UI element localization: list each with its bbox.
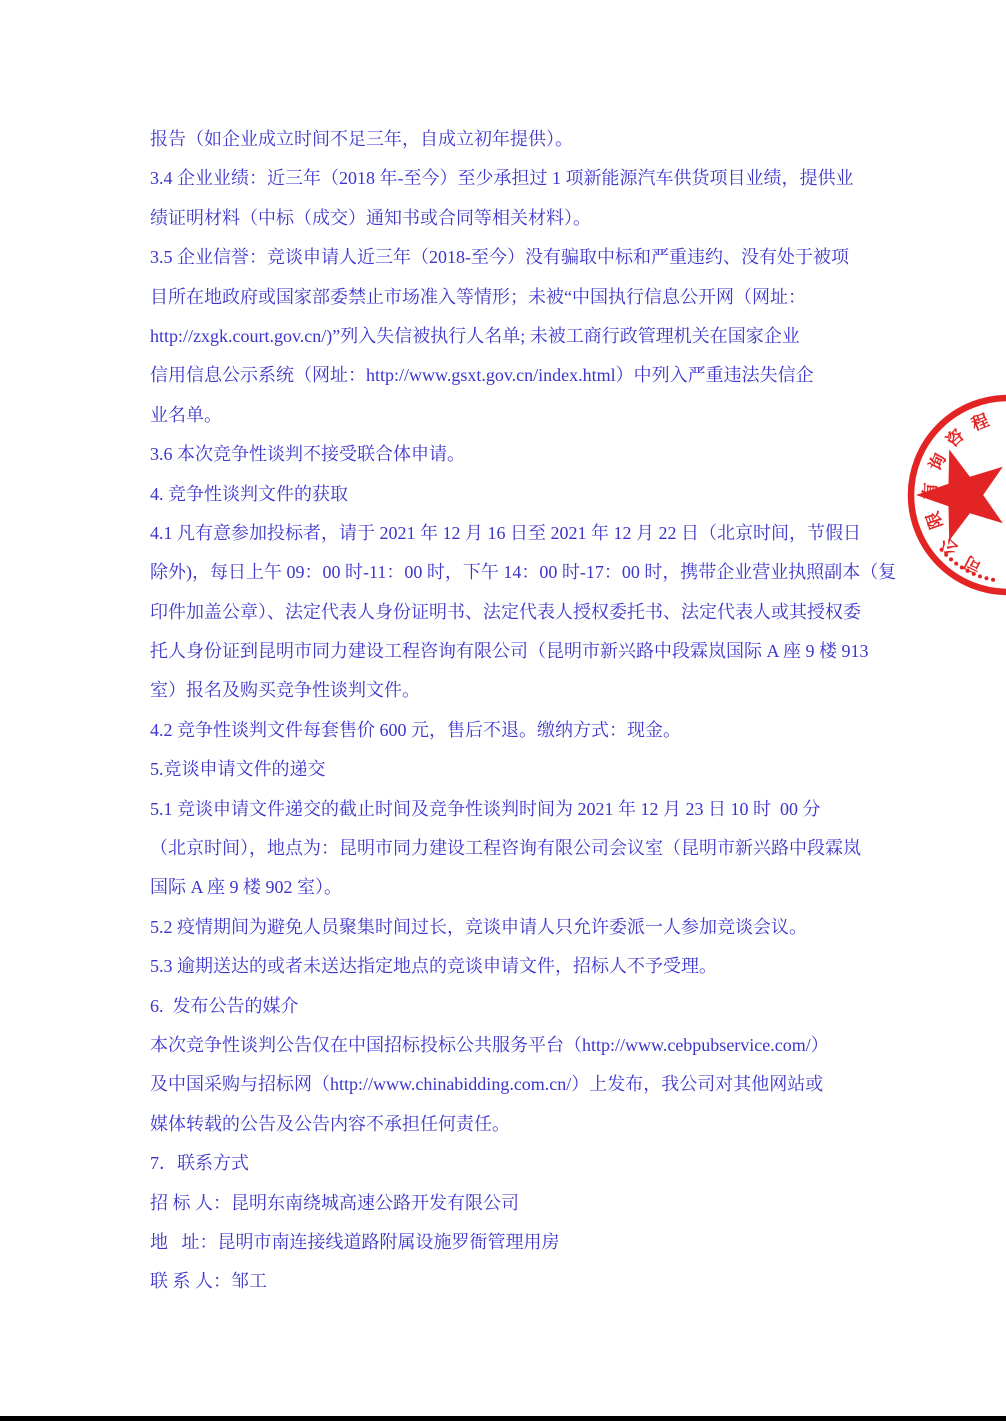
document-line: 4. 竞争性谈判文件的获取 bbox=[150, 475, 882, 514]
document-line: 绩证明材料（中标（成交）通知书或合同等相关材料）。 bbox=[150, 199, 882, 238]
seal-arc-character: 咨 bbox=[942, 425, 968, 451]
document-line: http://zxgk.court.gov.cn/)”列入失信被执行人名单; 未… bbox=[150, 317, 882, 356]
document-line: 招 标 人：昆明东南绕城高速公路开发有限公司 bbox=[150, 1184, 882, 1223]
seal-dot bbox=[954, 562, 958, 566]
document-line: 印件加盖公章）、法定代表人身份证明书、法定代表人授权委托书、法定代表人或其授权委 bbox=[150, 593, 882, 632]
seal-arc-character: 程 bbox=[968, 410, 991, 435]
document-line: 地 址：昆明市南连接线道路附属设施罗衙管理用房 bbox=[150, 1223, 882, 1262]
document-line: 5.竞谈申请文件的递交 bbox=[150, 750, 882, 789]
document-line: 国际 A 座 9 楼 902 室）。 bbox=[150, 868, 882, 907]
document-line: 6. 发布公告的媒介 bbox=[150, 987, 882, 1026]
document-line: 报告（如企业成立时间不足三年，自成立初年提供）。 bbox=[150, 120, 882, 159]
page-bottom-border bbox=[0, 1416, 1006, 1421]
document-line: 7．联系方式 bbox=[150, 1144, 882, 1183]
document-line: 4.1 凡有意参加投标者，请于 2021 年 12 月 16 日至 2021 年… bbox=[150, 514, 882, 553]
document-line: 本次竞争性谈判公告仅在中国招标投标公共服务平台（http://www.cebpu… bbox=[150, 1026, 882, 1065]
seal-dot bbox=[978, 574, 982, 578]
document-page: 报告（如企业成立时间不足三年，自成立初年提供）。3.4 企业业绩：近三年（201… bbox=[0, 0, 1006, 1421]
document-body: 报告（如企业成立时间不足三年，自成立初年提供）。3.4 企业业绩：近三年（201… bbox=[150, 120, 882, 1302]
seal-dot bbox=[972, 572, 976, 576]
seal-arc-character: 公 bbox=[937, 533, 962, 558]
seal-dot bbox=[966, 569, 970, 573]
seal-arc-character: 询 bbox=[925, 450, 950, 474]
document-line: 目所在地政府或国家部委禁止市场准入等情形；未被“中国执行信息公开网（网址： bbox=[150, 278, 882, 317]
scanned-document-screenshot: { "page": { "background": "#ffffff", "te… bbox=[0, 0, 1006, 1421]
seal-dot bbox=[940, 548, 944, 552]
seal-dot bbox=[949, 557, 953, 561]
document-line: 4.2 竞争性谈判文件每套售价 600 元，售后不退。缴纳方式：现金。 bbox=[150, 711, 882, 750]
document-line: 3.5 企业信誉：竞谈申请人近三年（2018-至今）没有骗取中标和严重违约、没有… bbox=[150, 238, 882, 277]
document-line: （北京时间），地点为：昆明市同力建设工程咨询有限公司会议室（昆明市新兴路中段霖岚 bbox=[150, 829, 882, 868]
document-line: 5.2 疫情期间为避免人员聚集时间过长，竞谈申请人只允许委派一人参加竞谈会议。 bbox=[150, 908, 882, 947]
seal-dot bbox=[984, 576, 988, 580]
seal-dot bbox=[991, 578, 995, 582]
document-line: 3.6 本次竞争性谈判不接受联合体申请。 bbox=[150, 435, 882, 474]
seal-dot bbox=[960, 566, 964, 570]
document-line: 媒体转载的公告及公告内容不承担任何责任。 bbox=[150, 1105, 882, 1144]
document-line: 除外)，每日上午 09：00 时-11：00 时，下午 14：00 时-17：0… bbox=[150, 553, 882, 592]
seal-dot bbox=[944, 553, 948, 557]
document-line: 5.3 逾期送达的或者未送达指定地点的竞谈申请文件，招标人不予受理。 bbox=[150, 947, 882, 986]
document-line: 室）报名及购买竞争性谈判文件。 bbox=[150, 671, 882, 710]
document-line: 3.4 企业业绩：近三年（2018 年-至今）至少承担过 1 项新能源汽车供货项… bbox=[150, 159, 882, 198]
company-seal-stamp: 程咨询有限公司 bbox=[902, 393, 1006, 598]
document-line: 托人身份证到昆明市同力建设工程咨询有限公司（昆明市新兴路中段霖岚国际 A 座 9… bbox=[150, 632, 882, 671]
company-seal-graphic: 程咨询有限公司 bbox=[902, 393, 1006, 598]
document-line: 联 系 人：邹工 bbox=[150, 1262, 882, 1301]
document-line: 业名单。 bbox=[150, 396, 882, 435]
document-line: 及中国采购与招标网（http://www.chinabidding.com.cn… bbox=[150, 1065, 882, 1104]
document-line: 信用信息公示系统（网址：http://www.gsxt.gov.cn/index… bbox=[150, 356, 882, 395]
document-line: 5.1 竞谈申请文件递交的截止时间及竞争性谈判时间为 2021 年 12 月 2… bbox=[150, 790, 882, 829]
seal-arc-character: 有 bbox=[920, 482, 941, 500]
seal-arc-character: 限 bbox=[923, 509, 946, 531]
